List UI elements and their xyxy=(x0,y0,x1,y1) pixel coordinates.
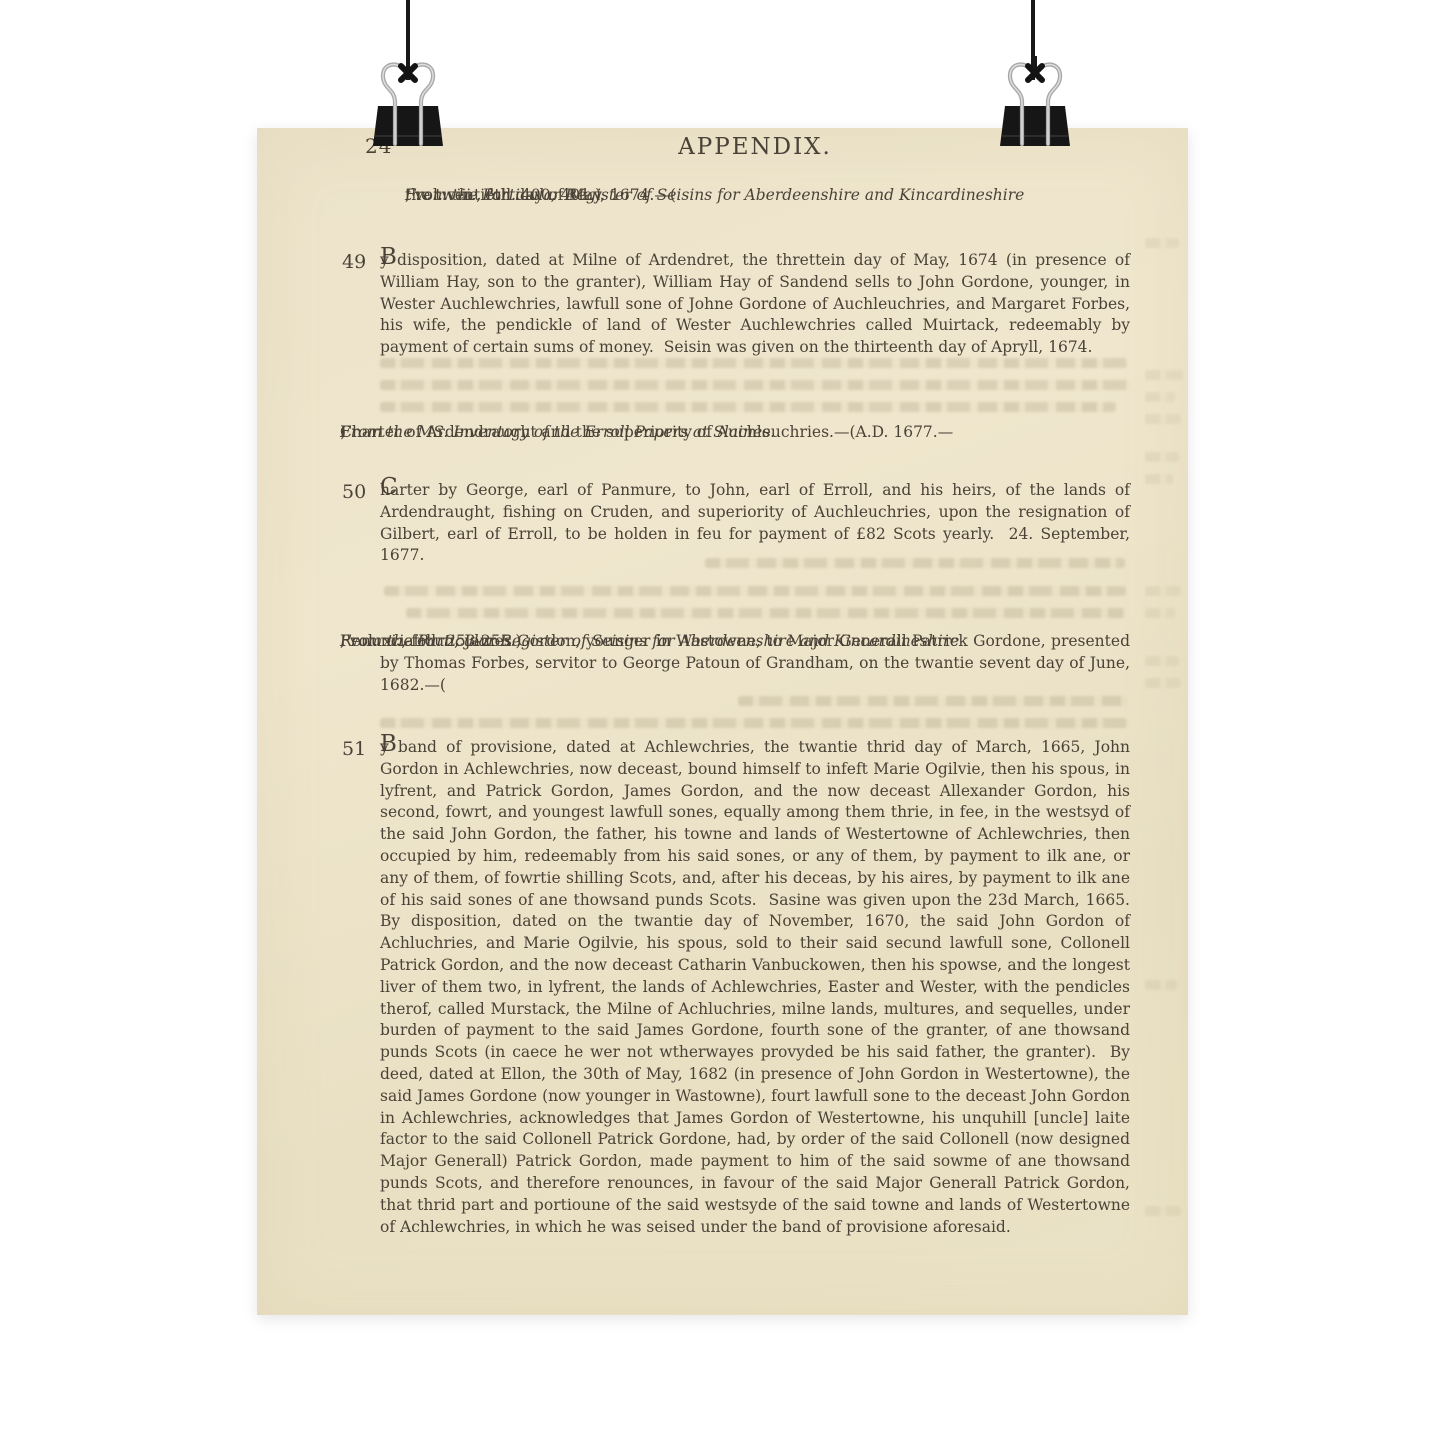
paragraph-number-51: 51 xyxy=(342,738,366,760)
ghost-margin-fragment xyxy=(1145,452,1185,496)
scene: 24 APPENDIX. the twentieth day of May, 1… xyxy=(0,0,1445,1445)
ghost-text-block xyxy=(380,358,1130,424)
clip-body xyxy=(1000,106,1070,146)
binder-clip-left xyxy=(362,56,454,152)
ghost-margin-fragment xyxy=(1145,1206,1185,1228)
binder-clip-right xyxy=(989,56,1081,152)
paragraph-number-50: 50 xyxy=(342,481,366,503)
ghost-margin-fragment xyxy=(1145,586,1185,630)
ghost-margin-fragment xyxy=(1145,656,1185,700)
ghost-margin-fragment xyxy=(1145,980,1185,1002)
poster-page: 24 APPENDIX. the twentieth day of May, 1… xyxy=(257,128,1188,1315)
clip-body xyxy=(373,106,443,146)
paragraph-number-49: 49 xyxy=(342,251,366,273)
ghost-text-block xyxy=(380,558,1130,630)
ghost-margin-fragment xyxy=(1145,238,1185,260)
ghost-margin-fragment xyxy=(1145,370,1185,436)
ghost-text-block xyxy=(380,696,1130,740)
